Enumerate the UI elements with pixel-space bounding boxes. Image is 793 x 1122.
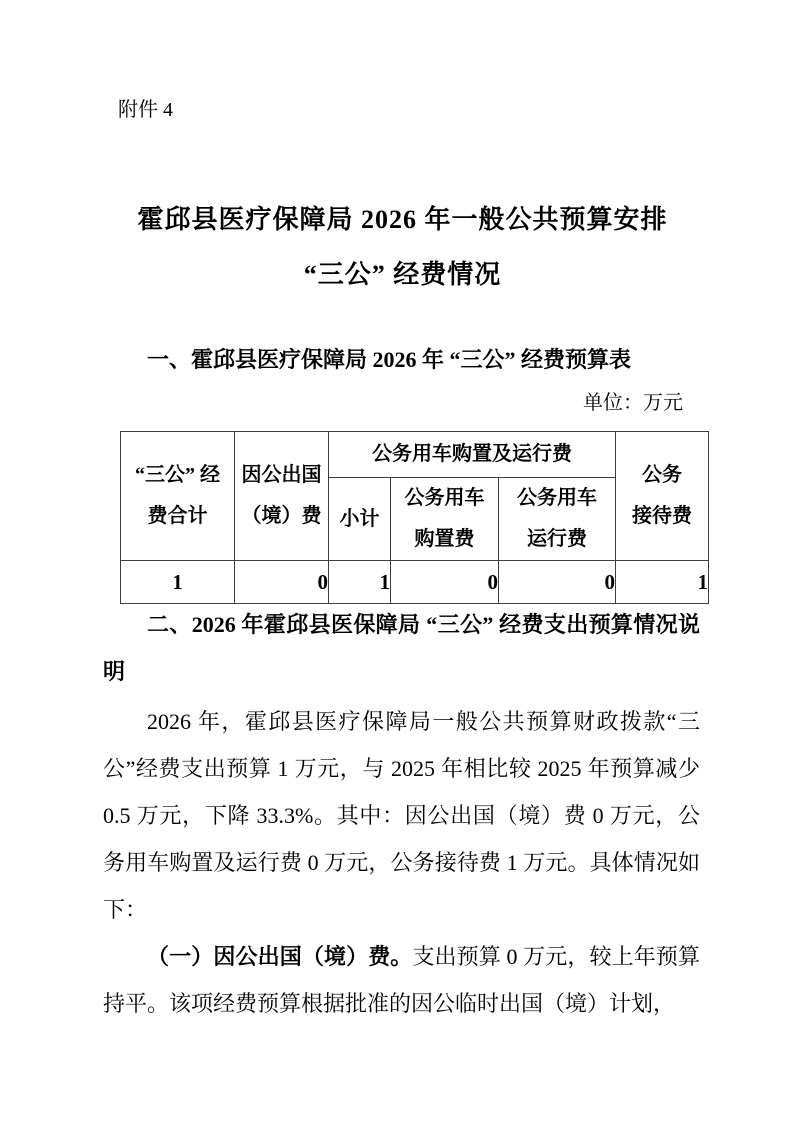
header-purchase-line-1: 公务用车 bbox=[405, 487, 485, 509]
header-total-line-2: 费合计 bbox=[148, 505, 208, 527]
budget-table: “三公” 经 费合计 因公出国 （境）费 公务用车购置及运行费 公务 接待费 小… bbox=[120, 431, 709, 604]
header-abroad-line-1: 因公出国 bbox=[242, 464, 322, 486]
table-header-row-1: “三公” 经 费合计 因公出国 （境）费 公务用车购置及运行费 公务 接待费 bbox=[121, 432, 709, 478]
value-operation: 0 bbox=[499, 561, 616, 604]
header-reception-line-2: 接待费 bbox=[632, 505, 692, 527]
value-total: 1 bbox=[121, 561, 235, 604]
header-cell-purchase: 公务用车 购置费 bbox=[391, 478, 499, 561]
document-page: 附件 4 霍邱县医疗保障局 2026 年一般公共预算安排 “三公” 经费情况 一… bbox=[0, 0, 793, 1122]
header-cell-vehicle-group: 公务用车购置及运行费 bbox=[329, 432, 616, 478]
header-cell-total: “三公” 经 费合计 bbox=[121, 432, 235, 561]
attachment-label: 附件 4 bbox=[118, 97, 173, 123]
value-purchase: 0 bbox=[391, 561, 499, 604]
header-operation-line-2: 运行费 bbox=[527, 528, 587, 550]
header-operation-line-1: 公务用车 bbox=[517, 487, 597, 509]
unit-note: 单位：万元 bbox=[105, 389, 683, 417]
document-title: 霍邱县医疗保障局 2026 年一般公共预算安排 “三公” 经费情况 bbox=[105, 192, 700, 302]
header-cell-reception: 公务 接待费 bbox=[616, 432, 709, 561]
paragraph-2: （一）因公出国（境）费。支出预算 0 万元，较上年预算持平。该项经费预算根据批准… bbox=[103, 933, 700, 1027]
header-purchase-line-2: 购置费 bbox=[415, 528, 475, 550]
value-subtotal: 1 bbox=[329, 561, 391, 604]
section-1-heading: 一、霍邱县医疗保障局 2026 年 “三公” 经费预算表 bbox=[103, 336, 700, 383]
paragraph-2-lead: （一）因公出国（境）费。 bbox=[147, 944, 412, 969]
document-title-line-1: 霍邱县医疗保障局 2026 年一般公共预算安排 bbox=[105, 192, 700, 247]
header-cell-operation: 公务用车 运行费 bbox=[499, 478, 616, 561]
value-abroad: 0 bbox=[235, 561, 329, 604]
header-cell-abroad: 因公出国 （境）费 bbox=[235, 432, 329, 561]
paragraph-1: 2026 年，霍邱县医疗保障局一般公共预算财政拨款“三公”经费支出预算 1 万元… bbox=[103, 698, 700, 933]
header-reception-line-1: 公务 bbox=[642, 464, 682, 486]
header-cell-subtotal: 小计 bbox=[329, 478, 391, 561]
value-reception: 1 bbox=[616, 561, 709, 604]
header-abroad-line-2: （境）费 bbox=[242, 505, 322, 527]
document-title-line-2: “三公” 经费情况 bbox=[105, 247, 700, 302]
header-total-line-1: “三公” 经 bbox=[135, 464, 220, 486]
section-2-heading: 二、2026 年霍邱县医保障局 “三公” 经费支出预算情况说明 bbox=[103, 601, 700, 695]
table-data-row: 1 0 1 0 0 1 bbox=[121, 561, 709, 604]
